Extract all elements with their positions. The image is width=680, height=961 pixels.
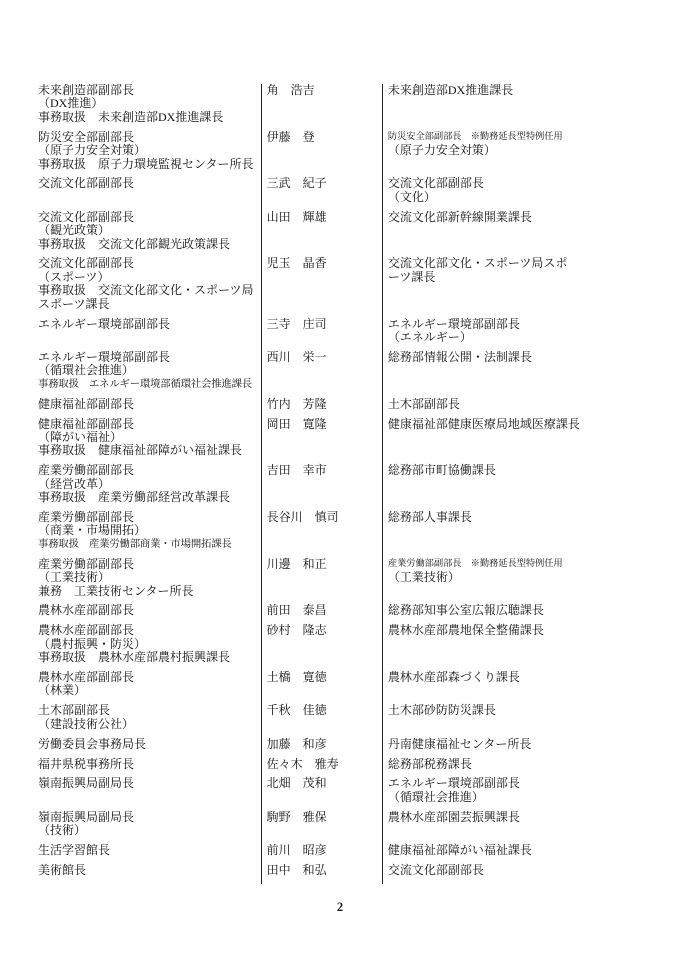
position-line: 事務取扱 交流文化部文化・スポーツ局: [38, 284, 259, 297]
position-line: 健康福祉部副部長: [38, 418, 259, 431]
position-line: 嶺南振興局副局長: [38, 777, 259, 790]
position-line: 土木部砂防防災課長: [388, 704, 644, 717]
old-position-cell: 交流文化部文化・スポーツ局スポーツ課長: [382, 257, 644, 317]
name-cell: 伊藤 登: [261, 131, 382, 178]
position-line: 農林水産部副部長: [38, 604, 259, 617]
document-page: 未来創造部副部長（DX推進）事務取扱 未来創造部DX推進課長 角 浩吉 未来創造…: [0, 0, 680, 961]
table-row: 健康福祉部副部長（障がい福祉）事務取扱 健康福祉部障がい福祉課長 岡田 寛隆 健…: [38, 418, 644, 465]
appointee-name: 加藤 和彦: [267, 738, 382, 751]
old-position-cell: 健康福祉部障がい福祉課長: [382, 844, 644, 864]
appointee-name: 吉田 幸市: [267, 464, 382, 477]
position-line: 事務取扱 産業労働部経営改革課長: [38, 491, 259, 504]
old-position-cell: 健康福祉部健康医療局地域医療課長: [382, 418, 644, 465]
table-row: 農林水産部副部長 前田 泰昌 総務部知事公室広報広聴課長: [38, 604, 644, 624]
table-row: 未来創造部副部長（DX推進）事務取扱 未来創造部DX推進課長 角 浩吉 未来創造…: [38, 84, 644, 131]
position-line: 産業労働部副部長: [38, 464, 259, 477]
position-line: 土木部副部長: [388, 398, 644, 411]
name-cell: 山田 輝雄: [261, 211, 382, 258]
name-cell: 三寺 庄司: [261, 318, 382, 351]
old-position-cell: 農林水産部農地保全整備課長: [382, 624, 644, 671]
new-position-cell: 産業労働部副部長（経営改革）事務取扱 産業労働部経営改革課長: [38, 464, 261, 511]
table-row: 労働委員会事務局長 加藤 和彦 丹南健康福祉センター所長: [38, 738, 644, 758]
position-line: （技術）: [38, 824, 259, 837]
position-line: （商業・市場開拓）: [38, 524, 259, 537]
new-position-cell: 農林水産部副部長: [38, 604, 261, 624]
position-line: 農林水産部副部長: [38, 624, 259, 637]
new-position-cell: 生活学習館長: [38, 844, 261, 864]
new-position-cell: 健康福祉部副部長（障がい福祉）事務取扱 健康福祉部障がい福祉課長: [38, 418, 261, 465]
old-position-cell: 総務部情報公開・法制課長: [382, 351, 644, 398]
old-position-cell: 交流文化部副部長: [382, 864, 644, 884]
old-position-cell: 農林水産部園芸振興課長: [382, 811, 644, 844]
position-line: （建設技術公社）: [38, 718, 259, 731]
table-row: 交流文化部副部長（観光政策）事務取扱 交流文化部観光政策課長 山田 輝雄 交流文…: [38, 211, 644, 258]
position-line: ーツ課長: [388, 271, 644, 284]
appointee-name: 前川 昭彦: [267, 844, 382, 857]
old-position-cell: 総務部税務課長: [382, 758, 644, 778]
position-line: 事務取扱 健康福祉部障がい福祉課長: [38, 444, 259, 457]
position-line: 総務部税務課長: [388, 758, 644, 771]
name-cell: 岡田 寛隆: [261, 418, 382, 465]
name-cell: 角 浩吉: [261, 84, 382, 131]
name-cell: 田中 和弘: [261, 864, 382, 884]
new-position-cell: 農林水産部副部長（農村振興・防災）事務取扱 農林水産部農村振興課長: [38, 624, 261, 671]
position-line: 交流文化部副部長: [388, 864, 644, 877]
name-cell: 砂村 隆志: [261, 624, 382, 671]
position-line: 事務取扱 産業労働部商業・市場開拓課長: [38, 538, 259, 551]
table-row: 産業労働部副部長（商業・市場開拓）事務取扱 産業労働部商業・市場開拓課長 長谷川…: [38, 511, 644, 558]
name-cell: 前田 泰昌: [261, 604, 382, 624]
table-row: 交流文化部副部長 三武 紀子 交流文化部副部長（文化）: [38, 177, 644, 210]
new-position-cell: エネルギー環境部副部長（循環社会推進）事務取扱 エネルギー環境部循環社会推進課長: [38, 351, 261, 398]
position-line: （原子力安全対策）: [388, 144, 644, 157]
table-row: 防災安全部副部長（原子力安全対策）事務取扱 原子力環境監視センター所長 伊藤 登…: [38, 131, 644, 178]
position-line: 事務取扱 エネルギー環境部循環社会推進課長: [38, 378, 259, 391]
position-line: 事務取扱 未来創造部DX推進課長: [38, 111, 259, 124]
position-line: （文化）: [388, 191, 644, 204]
new-position-cell: 産業労働部副部長（商業・市場開拓）事務取扱 産業労働部商業・市場開拓課長: [38, 511, 261, 558]
appointee-name: 児玉 晶香: [267, 257, 382, 270]
position-line: 交流文化部副部長: [38, 177, 259, 190]
position-line: 労働委員会事務局長: [38, 738, 259, 751]
old-position-cell: 土木部副部長: [382, 398, 644, 418]
new-position-cell: 嶺南振興局副局長: [38, 777, 261, 810]
position-line: 未来創造部DX推進課長: [388, 84, 644, 97]
name-cell: 吉田 幸市: [261, 464, 382, 511]
table-row: 健康福祉部副部長 竹内 芳隆 土木部副部長: [38, 398, 644, 418]
position-line: 美術館長: [38, 864, 259, 877]
new-position-cell: 未来創造部副部長（DX推進）事務取扱 未来創造部DX推進課長: [38, 84, 261, 131]
new-position-cell: 交流文化部副部長（スポーツ）事務取扱 交流文化部文化・スポーツ局スポーツ課長: [38, 257, 261, 317]
new-position-cell: エネルギー環境部副部長: [38, 318, 261, 351]
name-cell: 西川 栄一: [261, 351, 382, 398]
old-position-cell: 農林水産部森づくり課長: [382, 671, 644, 704]
new-position-cell: 労働委員会事務局長: [38, 738, 261, 758]
position-line: 兼務 工業技術センター所長: [38, 585, 259, 598]
position-line: （循環社会推進）: [388, 791, 644, 804]
position-line: スポーツ課長: [38, 298, 259, 311]
position-line: 土木部副部長: [38, 704, 259, 717]
old-position-cell: 交流文化部副部長（文化）: [382, 177, 644, 210]
appointee-name: 前田 泰昌: [267, 604, 382, 617]
name-cell: 千秋 佳徳: [261, 704, 382, 737]
old-position-cell: 総務部市町協働課長: [382, 464, 644, 511]
position-line: （DX推進）: [38, 97, 259, 110]
name-cell: 前川 昭彦: [261, 844, 382, 864]
position-line: 事務取扱 原子力環境監視センター所長: [38, 158, 259, 171]
name-cell: 土橋 寛徳: [261, 671, 382, 704]
appointee-name: 駒野 雅保: [267, 811, 382, 824]
position-line: （観光政策）: [38, 224, 259, 237]
name-cell: 長谷川 慎司: [261, 511, 382, 558]
position-line: （工業技術）: [38, 571, 259, 584]
new-position-cell: 農林水産部副部長（林業）: [38, 671, 261, 704]
position-line: 丹南健康福祉センター所長: [388, 738, 644, 751]
name-cell: 北畑 茂和: [261, 777, 382, 810]
new-position-cell: 防災安全部副部長（原子力安全対策）事務取扱 原子力環境監視センター所長: [38, 131, 261, 178]
position-line: エネルギー環境部副部長: [38, 318, 259, 331]
position-line: 交流文化部副部長: [388, 177, 644, 190]
position-line: 交流文化部文化・スポーツ局スポ: [388, 257, 644, 270]
position-line: （工業技術）: [388, 571, 644, 584]
position-line: 生活学習館長: [38, 844, 259, 857]
position-line: 事務取扱 交流文化部観光政策課長: [38, 238, 259, 251]
appointee-name: 北畑 茂和: [267, 777, 382, 790]
old-position-cell: 産業労働部副部長 ※勤務延長型特例任用（工業技術）: [382, 558, 644, 605]
appointee-name: 伊藤 登: [267, 131, 382, 144]
position-line: 農林水産部農地保全整備課長: [388, 624, 644, 637]
new-position-cell: 産業労働部副部長（工業技術）兼務 工業技術センター所長: [38, 558, 261, 605]
appointee-name: 砂村 隆志: [267, 624, 382, 637]
new-position-cell: 嶺南振興局副局長（技術）: [38, 811, 261, 844]
new-position-cell: 健康福祉部副部長: [38, 398, 261, 418]
table-row: 嶺南振興局副局長（技術） 駒野 雅保 農林水産部園芸振興課長: [38, 811, 644, 844]
new-position-cell: 福井県税事務所長: [38, 758, 261, 778]
position-line: （エネルギー）: [388, 331, 644, 344]
position-line: 総務部知事公室広報広聴課長: [388, 604, 644, 617]
appointee-name: 土橋 寛徳: [267, 671, 382, 684]
position-line: 交流文化部新幹線開業課長: [388, 211, 644, 224]
new-position-cell: 美術館長: [38, 864, 261, 884]
position-line: 総務部人事課長: [388, 511, 644, 524]
appointee-name: 長谷川 慎司: [267, 511, 382, 524]
appointee-name: 角 浩吉: [267, 84, 382, 97]
appointee-name: 佐々木 雅寿: [267, 758, 382, 771]
old-position-cell: 土木部砂防防災課長: [382, 704, 644, 737]
old-position-cell: 総務部人事課長: [382, 511, 644, 558]
position-line: 事務取扱 農林水産部農村振興課長: [38, 651, 259, 664]
appointee-name: 田中 和弘: [267, 864, 382, 877]
old-position-cell: 防災安全部副部長 ※勤務延長型特例任用（原子力安全対策）: [382, 131, 644, 178]
table-row: 土木部副部長（建設技術公社） 千秋 佳徳 土木部砂防防災課長: [38, 704, 644, 737]
table-row: エネルギー環境部副部長（循環社会推進）事務取扱 エネルギー環境部循環社会推進課長…: [38, 351, 644, 398]
table-row: 嶺南振興局副局長 北畑 茂和 エネルギー環境部副部長（循環社会推進）: [38, 777, 644, 810]
old-position-cell: 総務部知事公室広報広聴課長: [382, 604, 644, 624]
name-cell: 児玉 晶香: [261, 257, 382, 317]
table-row: 福井県税事務所長 佐々木 雅寿 総務部税務課長: [38, 758, 644, 778]
old-position-cell: エネルギー環境部副部長（循環社会推進）: [382, 777, 644, 810]
position-line: 健康福祉部副部長: [38, 398, 259, 411]
appointee-name: 三武 紀子: [267, 177, 382, 190]
name-cell: 駒野 雅保: [261, 811, 382, 844]
appointee-name: 岡田 寛隆: [267, 418, 382, 431]
page-number: 2: [0, 900, 680, 915]
table-row: 生活学習館長 前川 昭彦 健康福祉部障がい福祉課長: [38, 844, 644, 864]
name-cell: 竹内 芳隆: [261, 398, 382, 418]
new-position-cell: 土木部副部長（建設技術公社）: [38, 704, 261, 737]
table-row: 農林水産部副部長（林業） 土橋 寛徳 農林水産部森づくり課長: [38, 671, 644, 704]
position-line: （循環社会推進）: [38, 364, 259, 377]
name-cell: 加藤 和彦: [261, 738, 382, 758]
position-line: 農林水産部森づくり課長: [388, 671, 644, 684]
table-row: 交流文化部副部長（スポーツ）事務取扱 交流文化部文化・スポーツ局スポーツ課長 児…: [38, 257, 644, 317]
appointee-name: 三寺 庄司: [267, 318, 382, 331]
new-position-cell: 交流文化部副部長（観光政策）事務取扱 交流文化部観光政策課長: [38, 211, 261, 258]
name-cell: 川邊 和正: [261, 558, 382, 605]
appointee-name: 川邊 和正: [267, 558, 382, 571]
position-line: （林業）: [38, 684, 259, 697]
table-row: 農林水産部副部長（農村振興・防災）事務取扱 農林水産部農村振興課長 砂村 隆志 …: [38, 624, 644, 671]
position-line: 福井県税事務所長: [38, 758, 259, 771]
table-row: 美術館長 田中 和弘 交流文化部副部長: [38, 864, 644, 884]
position-line: 農林水産部園芸振興課長: [388, 811, 644, 824]
position-line: エネルギー環境部副部長: [388, 777, 644, 790]
position-line: 交流文化部副部長: [38, 257, 259, 270]
old-position-cell: 交流文化部新幹線開業課長: [382, 211, 644, 258]
appointments-table: 未来創造部副部長（DX推進）事務取扱 未来創造部DX推進課長 角 浩吉 未来創造…: [38, 84, 644, 884]
table-row: 産業労働部副部長（経営改革）事務取扱 産業労働部経営改革課長 吉田 幸市 総務部…: [38, 464, 644, 511]
old-position-cell: 未来創造部DX推進課長: [382, 84, 644, 131]
name-cell: 佐々木 雅寿: [261, 758, 382, 778]
position-line: エネルギー環境部副部長: [388, 318, 644, 331]
appointee-name: 千秋 佳徳: [267, 704, 382, 717]
new-position-cell: 交流文化部副部長: [38, 177, 261, 210]
appointee-name: 西川 栄一: [267, 351, 382, 364]
appointee-name: 山田 輝雄: [267, 211, 382, 224]
position-line: 総務部市町協働課長: [388, 464, 644, 477]
table-row: エネルギー環境部副部長 三寺 庄司 エネルギー環境部副部長（エネルギー）: [38, 318, 644, 351]
position-line: （原子力安全対策）: [38, 144, 259, 157]
position-line: 健康福祉部健康医療局地域医療課長: [388, 418, 644, 431]
name-cell: 三武 紀子: [261, 177, 382, 210]
old-position-cell: 丹南健康福祉センター所長: [382, 738, 644, 758]
position-line: 総務部情報公開・法制課長: [388, 351, 644, 364]
old-position-cell: エネルギー環境部副部長（エネルギー）: [382, 318, 644, 351]
position-line: 健康福祉部障がい福祉課長: [388, 844, 644, 857]
appointee-name: 竹内 芳隆: [267, 398, 382, 411]
table-row: 産業労働部副部長（工業技術）兼務 工業技術センター所長 川邊 和正 産業労働部副…: [38, 558, 644, 605]
